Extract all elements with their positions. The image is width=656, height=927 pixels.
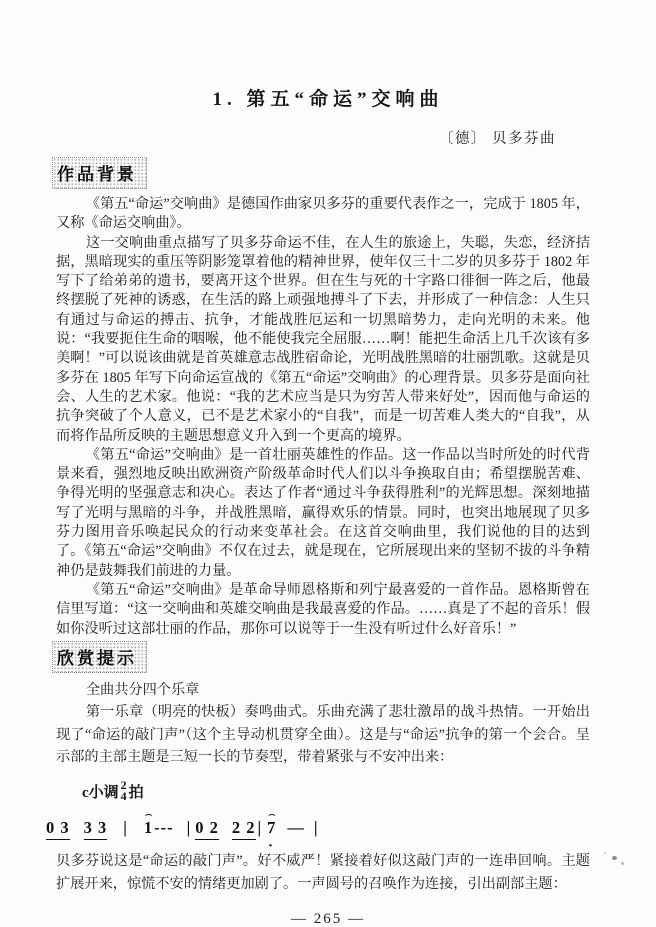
note-text: 2 2 <box>232 818 256 837</box>
note-text: | <box>314 818 319 837</box>
section-background: 作品背景 《第五“命运”交响曲》是德国作曲家贝多芬的重要代表作之一，完成于 18… <box>0 148 656 639</box>
note-text: | <box>187 818 192 837</box>
low-octave-dot: · <box>268 841 274 851</box>
note-text: 0 2 <box>195 818 219 837</box>
barline: | <box>187 818 192 838</box>
background-paragraphs: 《第五“命运”交响曲》是德国作曲家贝多芬的重要代表作之一，完成于 1805 年，… <box>56 195 590 639</box>
note-text: 3 3 <box>84 818 108 837</box>
section-tips: 欣赏提示 全曲共分四个乐章第一乐章（明亮的快板）奏鸣曲式。乐曲充满了悲壮激昂的战… <box>0 639 656 895</box>
note-token: --- <box>154 818 173 838</box>
music-key-signature: c小调 2 4 拍 <box>82 776 656 806</box>
paragraph: 贝多芬说这是“命运的敲门声”。好不威严！紧接着好似这敲门声的一连串回响。主题扩展… <box>56 850 590 895</box>
section-header-background: 作品背景 <box>52 157 147 189</box>
fermata-icon: ⌢ <box>268 807 276 822</box>
note-token: — <box>287 818 305 838</box>
time-signature-denominator: 4 <box>121 791 127 802</box>
barline: | <box>314 818 319 838</box>
page-title: 1. 第五“命运”交响曲 <box>0 84 656 111</box>
note-token: 0 3 <box>46 818 70 840</box>
note-text: 0 3 <box>46 818 70 837</box>
paragraph: 《第五“命运”交响曲》是一首壮丽英雄性的作品。这一作品以当时所处的时代背景来看，… <box>56 446 590 581</box>
tips-after-paragraphs: 贝多芬说这是“命运的敲门声”。好不威严！紧接着好似这敲门声的一连串回响。主题扩展… <box>56 850 590 895</box>
section-header-tips: 欣赏提示 <box>52 641 147 673</box>
book-page: 1. 第五“命运”交响曲 〔德〕 贝多芬曲 作品背景 《第五“命运”交响曲》是德… <box>0 0 656 927</box>
note-token: 3 3 <box>84 818 108 840</box>
note-text: | <box>123 818 128 837</box>
tips-intro-paragraphs: 全曲共分四个乐章第一乐章（明亮的快板）奏鸣曲式。乐曲充满了悲壮激昂的战斗热情。一… <box>56 679 590 769</box>
note-text: — <box>287 818 305 837</box>
page-number: — 265 — <box>0 911 656 927</box>
paragraph: 全曲共分四个乐章 <box>56 679 590 701</box>
jianpu-notation-line: 0 33 3|1⌢---|0 22 2|7⌢·—| <box>46 818 656 844</box>
note-token: 1⌢ <box>144 818 153 838</box>
paragraph: 《第五“命运”交响曲》是革命导师恩格斯和列宁最喜爱的一首作品。恩格斯曾在信里写道… <box>56 581 590 639</box>
note-token: 7⌢· <box>267 818 276 838</box>
barline: | <box>123 818 128 838</box>
note-text: --- <box>154 818 173 837</box>
beat-label: 拍 <box>129 781 144 802</box>
scan-noise-speck <box>604 852 606 854</box>
barline: | <box>258 818 263 838</box>
paragraph: 第一乐章（明亮的快板）奏鸣曲式。乐曲充满了悲壮激昂的战斗热情。一开始出现了“命运… <box>56 701 590 768</box>
fermata-icon: ⌢ <box>145 807 153 822</box>
scan-noise-speck <box>612 856 617 860</box>
key-name: c小调 <box>82 781 119 802</box>
scan-noise-speck <box>621 862 624 865</box>
paragraph: 《第五“命运”交响曲》是德国作曲家贝多芬的重要代表作之一，完成于 1805 年，… <box>56 195 590 234</box>
time-signature: 2 4 <box>121 780 127 802</box>
paragraph: 这一交响曲重点描写了贝多芬命运不佳，在人生的旅途上，失聪，失恋，经济拮据，黑暗现… <box>56 234 590 446</box>
composer-credit: 〔德〕 贝多芬曲 <box>0 127 556 148</box>
note-text: | <box>258 818 263 837</box>
note-token: 0 2 <box>195 818 219 840</box>
note-token: 2 2 <box>232 818 256 840</box>
